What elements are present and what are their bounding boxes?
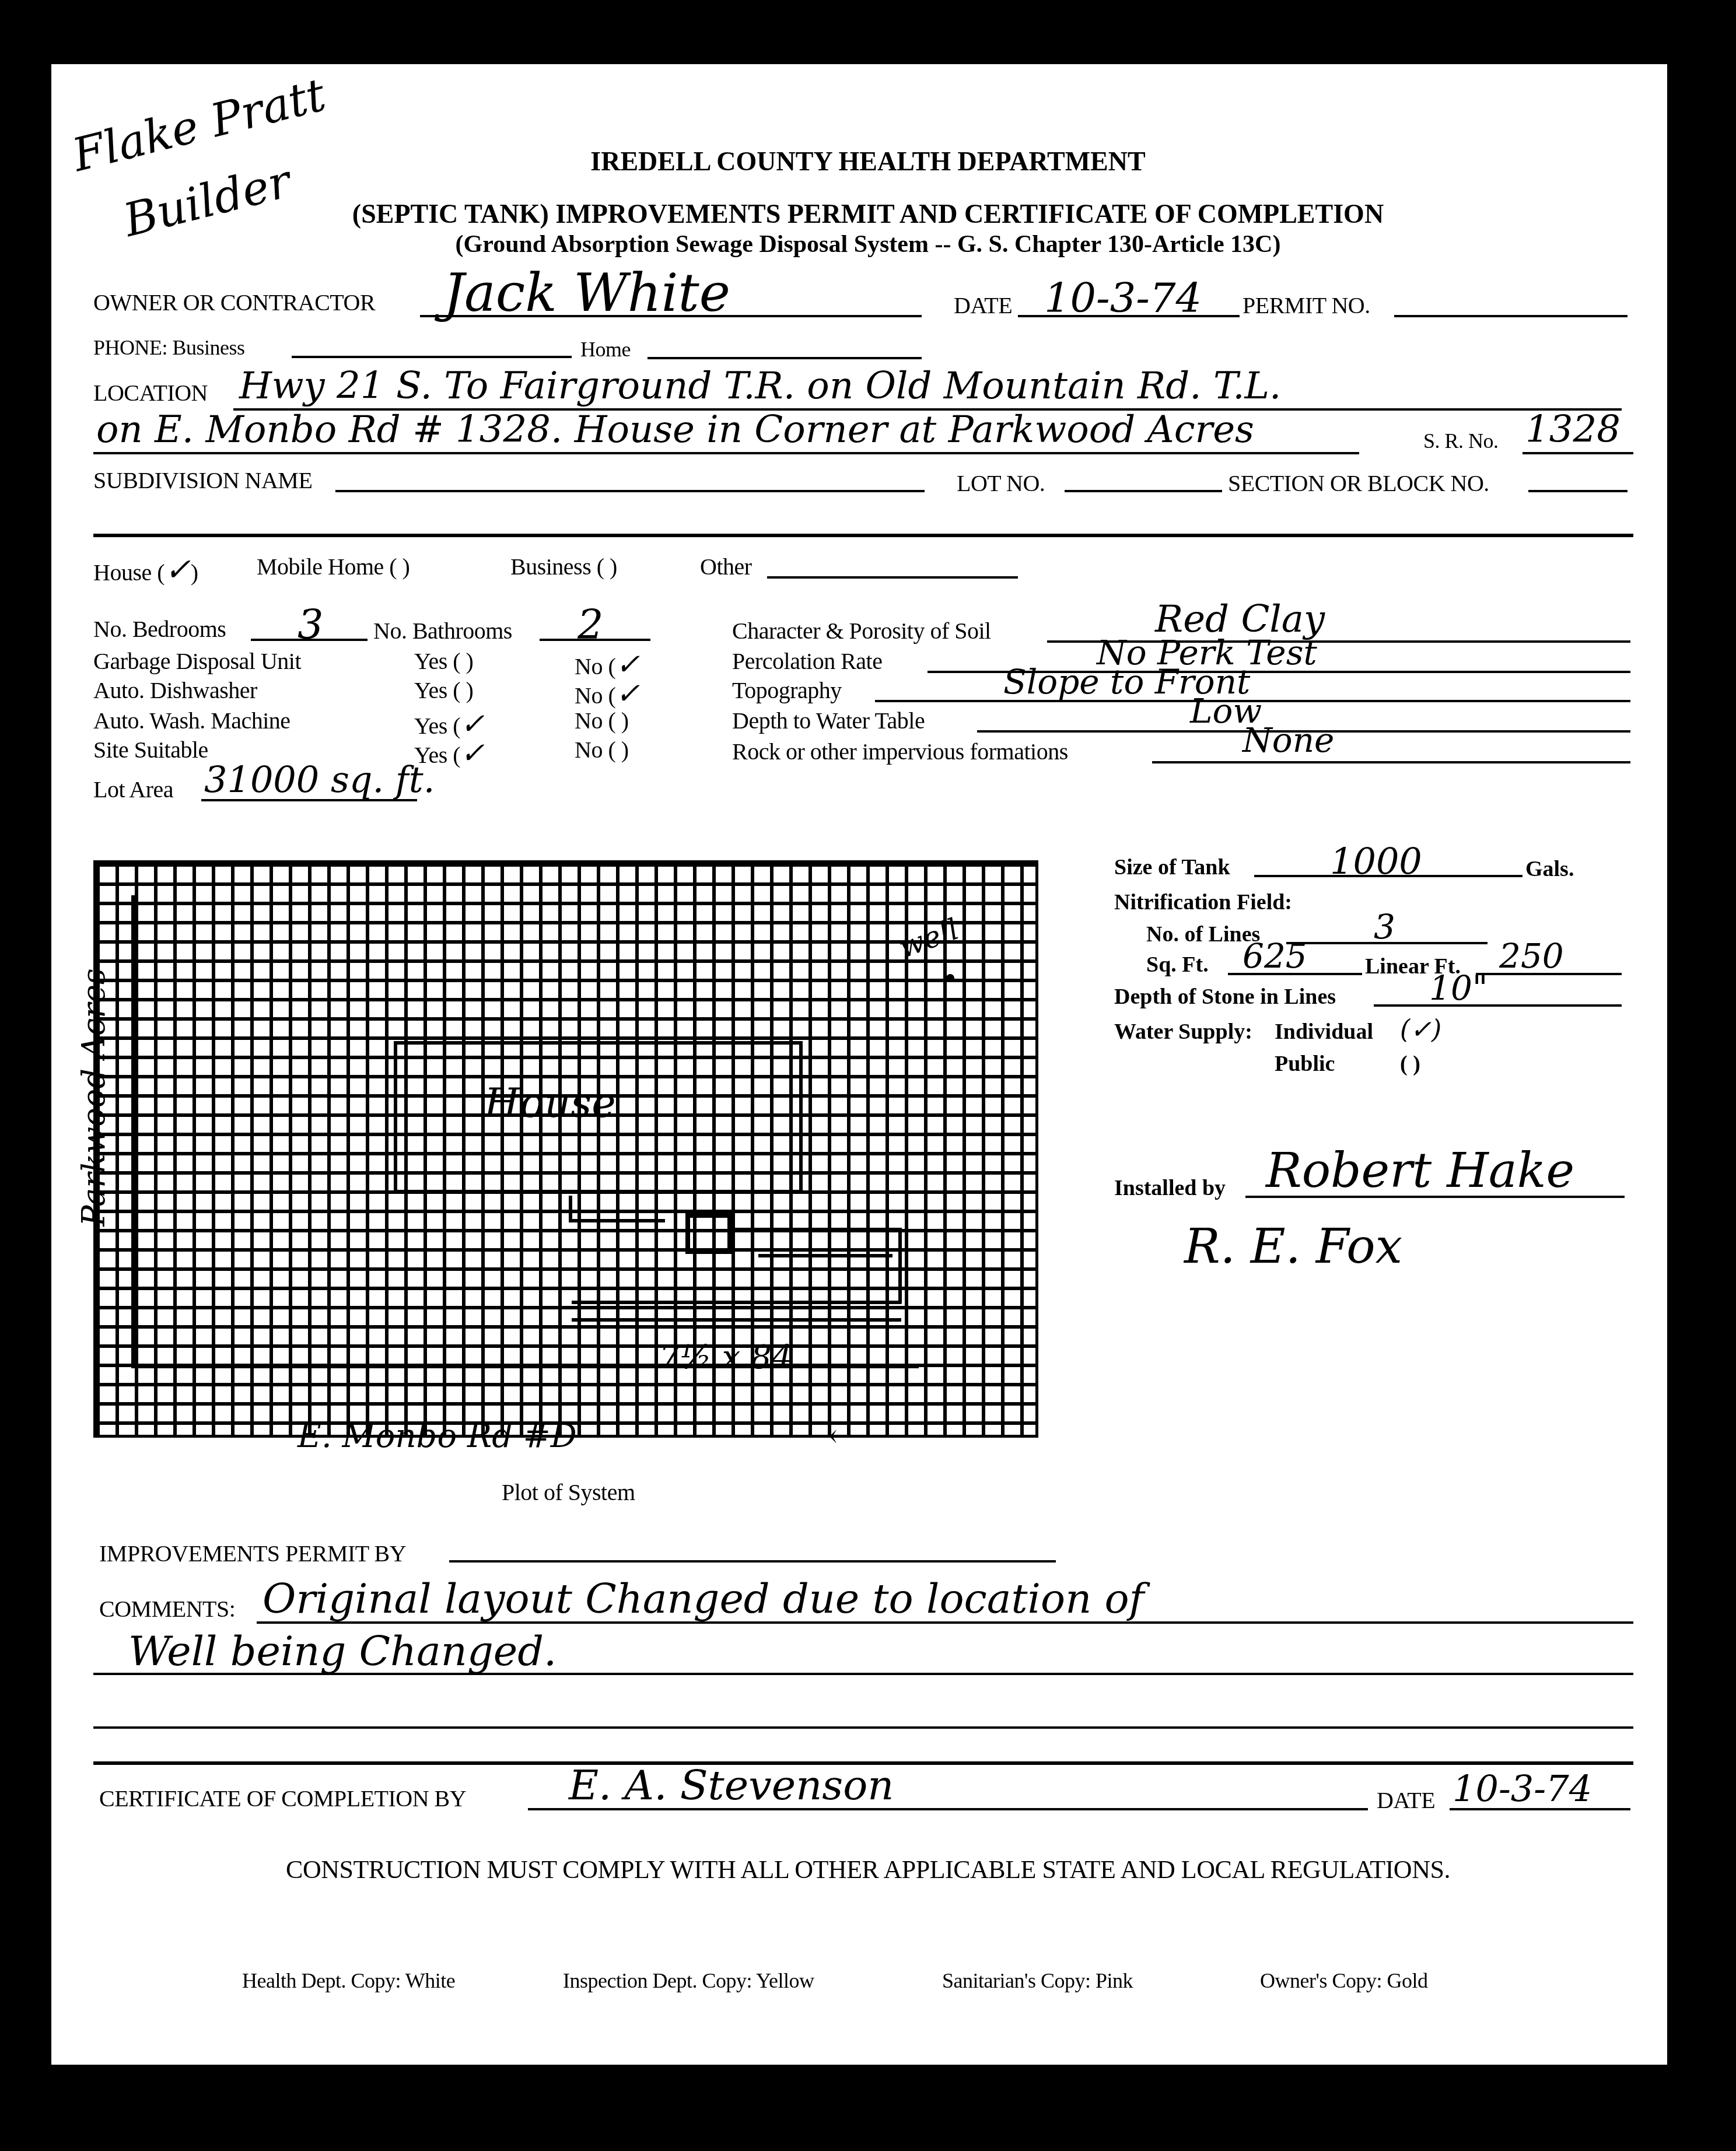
- sewer-line: [569, 1196, 572, 1219]
- no-label: No (: [575, 653, 615, 679]
- form-title: (SEPTIC TANK) IMPROVEMENTS PERMIT AND CE…: [0, 198, 1736, 229]
- certificate-date-label: DATE: [1377, 1786, 1435, 1814]
- comments-field-2[interactable]: Well being Changed.: [128, 1627, 556, 1675]
- permit-no-label: PERMIT NO.: [1242, 292, 1370, 319]
- dishwasher-no[interactable]: No (✓: [575, 677, 640, 710]
- copy-health-dept: Health Dept. Copy: White: [242, 1968, 455, 1993]
- tank-size-label: Size of Tank: [1114, 854, 1230, 880]
- dishwasher-yes[interactable]: Yes ( ): [414, 677, 473, 704]
- house-outline-right: [799, 1041, 803, 1193]
- comments-label: COMMENTS:: [99, 1595, 235, 1623]
- house-option[interactable]: House (✓): [93, 551, 198, 588]
- water-table-label: Depth to Water Table: [732, 707, 925, 734]
- installed-by-field[interactable]: Robert Hake: [1266, 1143, 1574, 1199]
- tank-size-field[interactable]: 1000: [1330, 840, 1422, 882]
- check-icon: ✓: [615, 677, 639, 710]
- bathrooms-label: No. Bathrooms: [373, 617, 512, 644]
- road-bottom-line: [131, 1365, 919, 1368]
- bedrooms-label: No. Bedrooms: [93, 615, 226, 643]
- rock-formations-field[interactable]: None: [1242, 720, 1334, 760]
- plot-road-bottom-label: E. Monbo Rd #D: [297, 1417, 577, 1455]
- linear-ft-field[interactable]: 250: [1499, 936, 1564, 976]
- drain-line-3: [572, 1318, 901, 1322]
- certificate-by-label: CERTIFICATE OF COMPLETION BY: [99, 1785, 466, 1812]
- lot-area-label: Lot Area: [93, 776, 173, 803]
- yes-label: Yes (: [414, 713, 460, 739]
- plot-dimension-label: 7½ x 84: [659, 1339, 792, 1376]
- percolation-label: Percolation Rate: [732, 647, 882, 675]
- compliance-notice: CONSTRUCTION MUST COMPLY WITH ALL OTHER …: [0, 1855, 1736, 1884]
- wash-machine-label: Auto. Wash. Machine: [93, 707, 290, 734]
- owner-label: OWNER OR CONTRACTOR: [93, 289, 375, 316]
- mobile-home-option[interactable]: Mobile Home ( ): [257, 553, 409, 580]
- permit-no-field[interactable]: [1394, 315, 1627, 317]
- check-icon: ✓: [164, 551, 191, 588]
- plot-of-system-grid: [93, 860, 1038, 1438]
- phone-home-label: Home: [580, 337, 631, 362]
- phone-business-field[interactable]: [292, 356, 572, 358]
- certificate-date-field[interactable]: 10-3-74: [1452, 1767, 1592, 1810]
- house-outline-left: [394, 1041, 397, 1193]
- dishwasher-label: Auto. Dishwasher: [93, 677, 257, 704]
- location-field-1[interactable]: Hwy 21 S. To Fairground T.R. on Old Moun…: [239, 365, 1281, 408]
- date-label: DATE: [954, 292, 1012, 319]
- section-block-label: SECTION OR BLOCK NO.: [1228, 470, 1489, 497]
- sqft-field[interactable]: 625: [1242, 936, 1307, 976]
- subdivision-field[interactable]: [335, 490, 925, 492]
- lot-no-label: LOT NO.: [957, 470, 1045, 497]
- comments-line-3: [93, 1726, 1633, 1729]
- permit-by-label: IMPROVEMENTS PERMIT BY: [99, 1540, 406, 1567]
- phone-home-field[interactable]: [647, 357, 922, 359]
- water-individual-label: Individual: [1275, 1019, 1373, 1045]
- house-option-close: ): [191, 559, 198, 586]
- well-dot-icon: [946, 974, 954, 982]
- divider: [93, 534, 1633, 537]
- water-supply-label: Water Supply:: [1114, 1019, 1252, 1045]
- copy-owner: Owner's Copy: Gold: [1260, 1968, 1427, 1993]
- wash-machine-no[interactable]: No ( ): [575, 707, 629, 734]
- location-line-2: [93, 452, 1359, 454]
- soil-character-label: Character & Porosity of Soil: [732, 617, 991, 644]
- site-suitable-no[interactable]: No ( ): [575, 736, 629, 763]
- stone-depth-line: [1374, 1004, 1622, 1007]
- drain-line-1: [732, 1228, 901, 1231]
- plot-house-label: House: [484, 1079, 616, 1127]
- check-icon: ✓: [460, 736, 484, 770]
- sewer-line: [569, 1219, 665, 1222]
- plot-caption: Plot of System: [502, 1479, 635, 1506]
- phone-business-label: PHONE: Business: [93, 335, 245, 360]
- sr-no-line: [1522, 452, 1633, 454]
- copy-sanitarian: Sanitarian's Copy: Pink: [942, 1968, 1133, 1993]
- date-field[interactable]: 10-3-74: [1044, 274, 1202, 322]
- sr-no-field[interactable]: 1328: [1525, 408, 1620, 451]
- agency-title: IREDELL COUNTY HEALTH DEPARTMENT: [0, 146, 1736, 177]
- site-suitable-label: Site Suitable: [93, 736, 208, 763]
- section-block-field[interactable]: [1528, 490, 1627, 492]
- subdivision-label: SUBDIVISION NAME: [93, 467, 312, 494]
- topography-label: Topography: [732, 677, 842, 704]
- gals-label: Gals.: [1525, 856, 1574, 882]
- business-option[interactable]: Business ( ): [510, 553, 617, 580]
- copy-inspection-dept: Inspection Dept. Copy: Yellow: [563, 1968, 814, 1993]
- drain-line-connector: [898, 1228, 902, 1304]
- stone-depth-label: Depth of Stone in Lines: [1114, 984, 1336, 1010]
- water-public-label: Public: [1275, 1051, 1335, 1077]
- location-field-2[interactable]: on E. Monbo Rd # 1328. House in Corner a…: [96, 408, 1254, 451]
- septic-tank-icon: [685, 1213, 732, 1254]
- lot-no-field[interactable]: [1065, 490, 1222, 492]
- drain-line-2: [572, 1301, 901, 1304]
- lot-area-field[interactable]: 31000 sq. ft.: [204, 758, 435, 801]
- garbage-disposal-yes[interactable]: Yes ( ): [414, 647, 473, 675]
- sqft-label: Sq. Ft.: [1146, 952, 1209, 978]
- road-left-line: [131, 895, 135, 1368]
- bedrooms-field[interactable]: 3: [297, 601, 324, 649]
- comments-field-1[interactable]: Original layout Changed due to location …: [262, 1575, 1144, 1623]
- drain-line-inner: [758, 1254, 892, 1257]
- sr-no-label: S. R. No.: [1423, 429, 1499, 453]
- owner-field[interactable]: Jack White: [443, 262, 730, 324]
- water-individual-check[interactable]: (✓): [1400, 1015, 1441, 1045]
- location-label: LOCATION: [93, 379, 208, 407]
- house-outline-top: [394, 1041, 802, 1045]
- house-option-label: House (: [93, 559, 164, 586]
- lines-field[interactable]: 3: [1374, 907, 1395, 947]
- permit-by-field[interactable]: [449, 1560, 1056, 1563]
- form-subtitle: (Ground Absorption Sewage Disposal Syste…: [0, 230, 1736, 258]
- house-outline-bottom: [394, 1190, 802, 1193]
- no-label: No (: [575, 682, 615, 709]
- arrow-left-icon: ←: [828, 1417, 856, 1455]
- garbage-disposal-label: Garbage Disposal Unit: [93, 647, 301, 675]
- rock-formations-label: Rock or other impervious formations: [732, 738, 1068, 765]
- installed-by-field-2[interactable]: R. E. Fox: [1184, 1219, 1402, 1274]
- other-label: Other: [700, 553, 752, 580]
- stone-depth-field[interactable]: 10": [1429, 968, 1487, 1008]
- certificate-by-field[interactable]: E. A. Stevenson: [569, 1761, 894, 1809]
- rock-formations-line: [1152, 761, 1630, 763]
- installed-by-label: Installed by: [1114, 1175, 1226, 1201]
- water-public-check[interactable]: ( ): [1400, 1051, 1420, 1077]
- other-field[interactable]: [767, 576, 1018, 579]
- nitrification-field-label: Nitrification Field:: [1114, 889, 1292, 915]
- plot-road-left-label: Parkwood Acres: [75, 923, 112, 1273]
- bathrooms-field[interactable]: 2: [577, 601, 604, 649]
